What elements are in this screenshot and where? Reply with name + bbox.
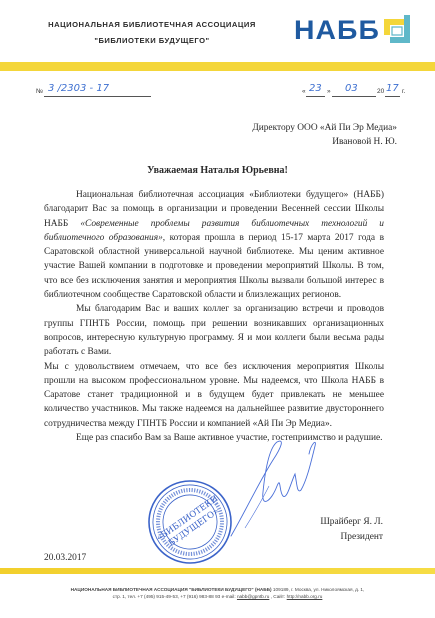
signer-title: Президент [320, 530, 383, 545]
footer-email-link[interactable]: nabb@gpntb.ru [237, 594, 269, 599]
letter-body: Национальная библиотечная ассоциация «Би… [44, 188, 384, 445]
footer-org: НАЦИОНАЛЬНАЯ БИБЛИОТЕЧНАЯ АССОЦИАЦИЯ "БИ… [71, 587, 272, 592]
date-day-field: 23 [306, 84, 325, 97]
addressee-line2: Ивановой Н. Ю. [252, 135, 397, 149]
date-close-quote: » [327, 88, 331, 95]
addressee-line1: Директору ООО «Ай Пи Эр Медиа» [252, 121, 397, 135]
footer-divider [0, 568, 435, 574]
paragraph-1: Национальная библиотечная ассоциация «Би… [44, 188, 384, 302]
logo-text: НАББ [294, 15, 380, 46]
footer-line1: НАЦИОНАЛЬНАЯ БИБЛИОТЕЧНАЯ АССОЦИАЦИЯ "БИ… [0, 586, 435, 593]
reg-number-label: № [36, 88, 43, 95]
signer-block: Шрайберг Я. Л. Президент [320, 515, 383, 545]
greeting: Уважаемая Наталья Юрьевна! [0, 165, 435, 176]
date-month-field: 03 [332, 84, 376, 97]
paragraph-2: Мы благодарим Вас и ваших коллег за орга… [44, 302, 384, 359]
letter-date: 20.03.2017 [44, 553, 86, 563]
footer-site-link[interactable]: http://nabb.org.ru [287, 594, 323, 599]
header-divider [0, 62, 435, 71]
org-name-line1: НАЦИОНАЛЬНАЯ БИБЛИОТЕЧНАЯ АССОЦИАЦИЯ [22, 20, 282, 29]
date-day-value: 23 [309, 83, 322, 94]
footer-address: 109189, г. Москва, ул. Николоямская, д. … [272, 587, 365, 592]
date-year-label: г. [402, 88, 405, 95]
date-year-prefix: 20 [377, 88, 384, 95]
date-year-value: 17 [386, 83, 399, 94]
logo-mark-icon [382, 15, 412, 45]
footer-site-label: , Сайт: [269, 594, 286, 599]
nabb-logo: НАББ [294, 13, 414, 49]
reg-number-field: 3 /2303 - 17 [44, 84, 151, 97]
signature-icon [225, 432, 335, 542]
footer: НАЦИОНАЛЬНАЯ БИБЛИОТЕЧНАЯ АССОЦИАЦИЯ "БИ… [0, 586, 435, 600]
footer-line2: стр. 1, тел. +7 (495) 915-49-53, +7 (916… [0, 593, 435, 600]
footer-phones: стр. 1, тел. +7 (495) 915-49-53, +7 (916… [113, 594, 237, 599]
reg-number-value: 3 /2303 - 17 [48, 83, 109, 94]
paragraph-3: Мы с удовольствием отмечаем, что все без… [44, 360, 384, 431]
date-month-value: 03 [345, 83, 358, 94]
signer-name: Шрайберг Я. Л. [320, 515, 383, 530]
org-name-line2: "БИБЛИОТЕКИ БУДУЩЕГО" [22, 36, 282, 45]
stamp-icon: «БИБЛИОТЕКИ БУДУЩЕГО» [146, 478, 234, 566]
date-year-field: 17 [385, 84, 400, 97]
addressee-block: Директору ООО «Ай Пи Эр Медиа» Ивановой … [252, 121, 397, 149]
